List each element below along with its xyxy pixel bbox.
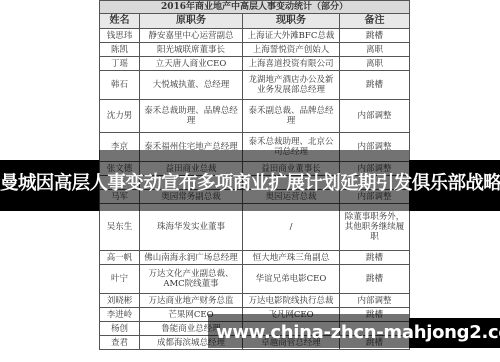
cell-note: 跳槽 — [340, 71, 410, 100]
cell-curr: 上海喜道投资有限公司 — [243, 57, 340, 71]
cell-name: 叶宁 — [100, 265, 140, 294]
cell-name: 韩石 — [100, 71, 140, 100]
cell-name: 杨创 — [100, 322, 140, 336]
cell-name: 钱思玮 — [100, 29, 140, 43]
cell-prev: 泰禾总裁助理、品牌总经理 — [140, 100, 243, 133]
header-name: 姓名 — [100, 14, 140, 29]
cell-note: 离职 — [340, 43, 410, 57]
watermark-text: www.china-zhcn-mahjong2.com — [216, 322, 500, 343]
cell-name: 李进岭 — [100, 308, 140, 322]
cell-note: 内部调整 — [340, 294, 410, 308]
cell-prev: 大悦城执董、总经理 — [140, 71, 243, 100]
headline-text: 曼城因高层人事变动宣布多项商业扩展计划延期引发俱乐部战略调整 — [0, 172, 500, 196]
cell-name: 陈凯 — [100, 43, 140, 57]
cell-name: 查君 — [100, 336, 140, 350]
table-title: 2016年商业地产中高层人事变动统计（部分） — [100, 1, 410, 14]
cell-name: 丁瑶 — [100, 57, 140, 71]
cell-prev: 阳光城联席董事长 — [140, 43, 243, 57]
header-prev-position: 原职务 — [140, 14, 243, 29]
watermark: www.china-zhcn-mahjong2.com — [208, 314, 500, 348]
table-row: 钱思玮 静安嘉里中心运营副总 上海证大外滩BFC总裁 跳槽 — [100, 29, 410, 43]
cell-curr: 万达电影院线执行总裁 — [243, 294, 340, 308]
table-row: 沈力男 泰禾总裁助理、品牌总经理 泰禾副总裁、品牌总经理 内部调整 — [100, 100, 410, 133]
table-row: 刘晓彬 万达商业地产财务总监 万达电影院线执行总裁 内部调整 — [100, 294, 410, 308]
table-row: 叶宁 万达文化产业副总裁、AMC院线董事 华谊兄弟电影CEO 跳槽 — [100, 265, 410, 294]
cell-note: 跳槽 — [340, 265, 410, 294]
cell-curr: 龙湖地产酒店办公及新业务发展部总经理 — [243, 71, 340, 100]
cell-note: 跳槽 — [340, 251, 410, 265]
cell-curr: 上海誓悦资产创始人 — [243, 43, 340, 57]
cell-curr: 泰禾副总裁、品牌总经理 — [243, 100, 340, 133]
header-note: 备注 — [340, 14, 410, 29]
cell-name: 高一帆 — [100, 251, 140, 265]
cell-prev: 万达商业地产财务总监 — [140, 294, 243, 308]
cell-prev: 静安嘉里中心运营副总 — [140, 29, 243, 43]
table-row: 高一帆 佛山南海永润广场总经理 恒大地产珠三角副总 跳槽 — [100, 251, 410, 265]
cell-curr: 上海证大外滩BFC总裁 — [243, 29, 340, 43]
cell-curr: 华谊兄弟电影CEO — [243, 265, 340, 294]
headline-overlay: 曼城因高层人事变动宣布多项商业扩展计划延期引发俱乐部战略调整 — [0, 150, 500, 211]
cell-note: 离职 — [340, 57, 410, 71]
cell-prev: 万达文化产业副总裁、AMC院线董事 — [140, 265, 243, 294]
header-curr-position: 现职务 — [243, 14, 340, 29]
table-row: 陈凯 阳光城联席董事长 上海誓悦资产创始人 离职 — [100, 43, 410, 57]
table-row: 韩石 大悦城执董、总经理 龙湖地产酒店办公及新业务发展部总经理 跳槽 — [100, 71, 410, 100]
table-row: 丁瑶 立天唐人商业CEO 上海喜道投资有限公司 离职 — [100, 57, 410, 71]
cell-prev: 佛山南海永润广场总经理 — [140, 251, 243, 265]
cell-note: 跳槽 — [340, 29, 410, 43]
cell-curr: 恒大地产珠三角副总 — [243, 251, 340, 265]
cell-prev: 立天唐人商业CEO — [140, 57, 243, 71]
cell-name: 刘晓彬 — [100, 294, 140, 308]
cell-note: 内部调整 — [340, 100, 410, 133]
cell-name: 沈力男 — [100, 100, 140, 133]
